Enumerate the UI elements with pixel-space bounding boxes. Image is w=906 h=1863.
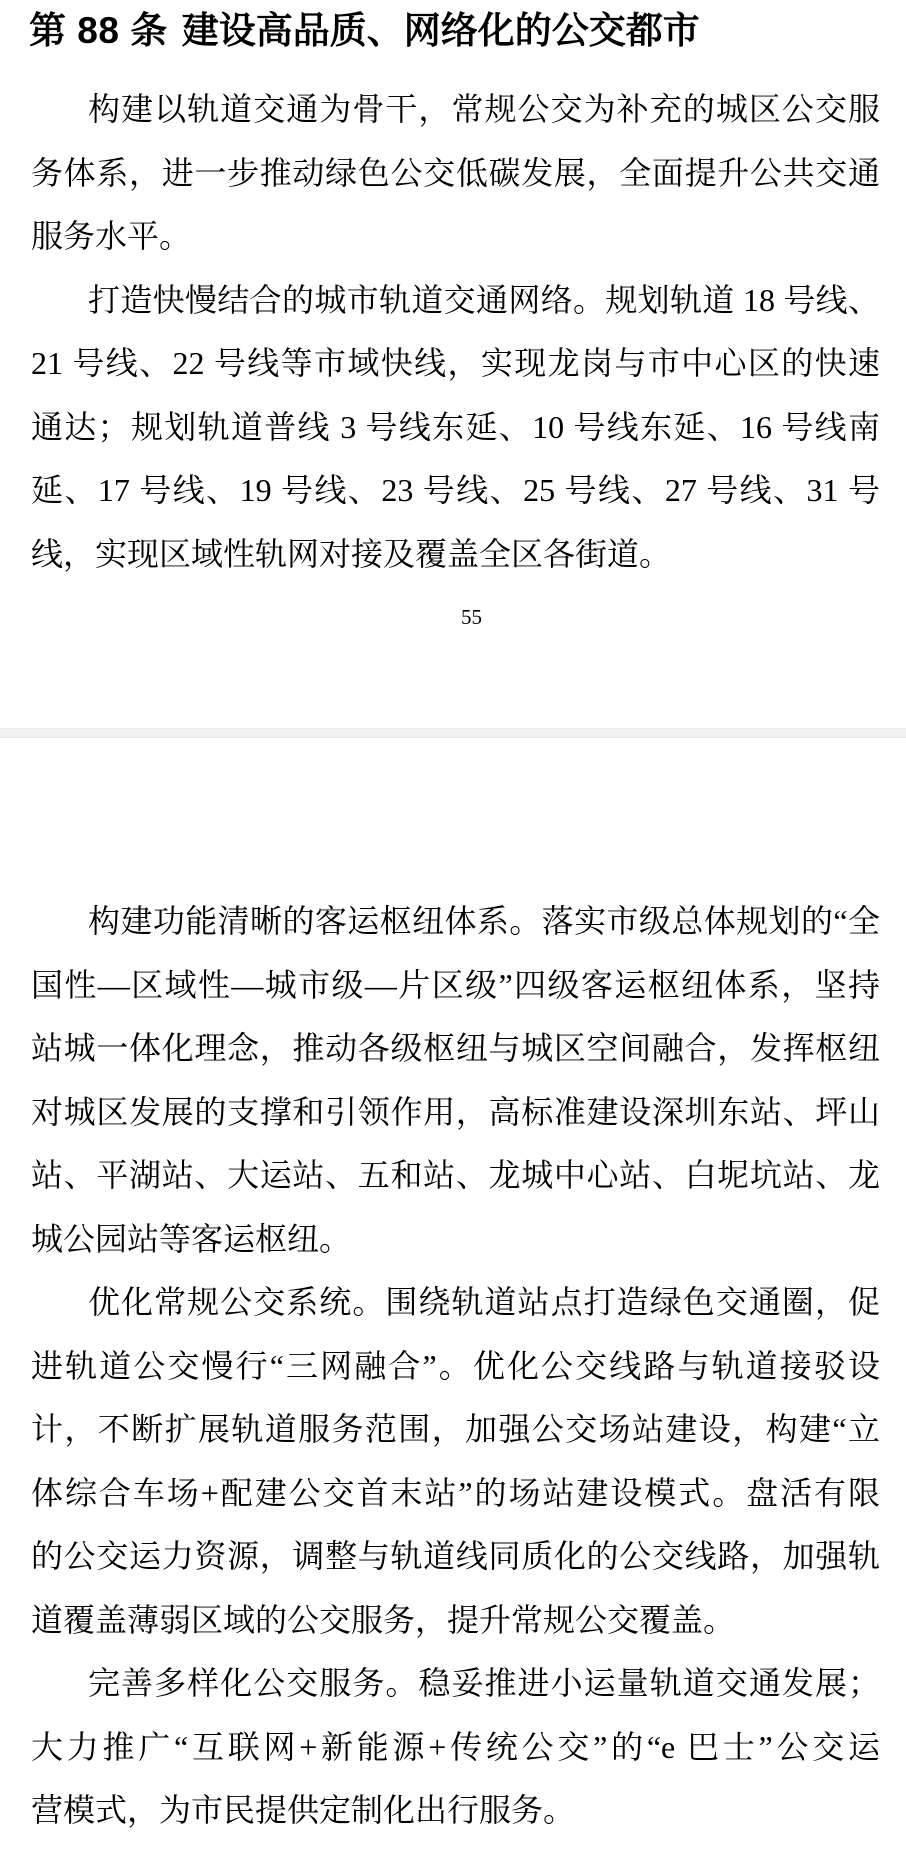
body-line: 延、17 号线、19 号线、23 号线、25 号线、27 号线、31 号	[31, 459, 880, 523]
body-line: 优化常规公交系统。围绕轨道站点打造绿色交通圈，促	[31, 1271, 880, 1335]
paragraph: 构建功能清晰的客运枢纽体系。落实市级总体规划的“全 国性—区域性—城市级—片区级…	[31, 890, 880, 1271]
paragraph: 完善多样化公交服务。稳妥推进小运量轨道交通发展； 大力推广“互联网+新能源+传统…	[31, 1652, 880, 1843]
page-56-body: 构建功能清晰的客运枢纽体系。落实市级总体规划的“全 国性—区域性—城市级—片区级…	[31, 890, 880, 1843]
body-line: 进轨道公交慢行“三网融合”。优化公交线路与轨道接驳设	[31, 1335, 880, 1399]
paragraph: 优化常规公交系统。围绕轨道站点打造绿色交通圈，促 进轨道公交慢行“三网融合”。优…	[31, 1271, 880, 1652]
body-line: 计，不断扩展轨道服务范围，加强公交场站建设，构建“立	[31, 1398, 880, 1462]
body-line: 站城一体化理念，推动各级枢纽与城区空间融合，发挥枢纽	[31, 1017, 880, 1081]
body-line: 通达；规划轨道普线 3 号线东延、10 号线东延、16 号线南	[31, 396, 880, 460]
body-line: 对城区发展的支撑和引领作用，高标准建设深圳东站、坪山	[31, 1081, 880, 1145]
body-line: 国性—区域性—城市级—片区级”四级客运枢纽体系，坚持	[31, 954, 880, 1018]
page-number: 55	[31, 586, 880, 650]
body-line: 服务水平。	[31, 205, 880, 269]
page-55-body: 构建以轨道交通为骨干，常规公交为补充的城区公交服 务体系，进一步推动绿色公交低碳…	[31, 78, 880, 650]
page-55: 第 88 条建设高品质、网络化的公交都市 构建以轨道交通为骨干，常规公交为补充的…	[0, 0, 906, 728]
body-line: 城公园站等客运枢纽。	[31, 1208, 880, 1272]
page-gap-divider	[0, 728, 906, 738]
document-viewer: 第 88 条建设高品质、网络化的公交都市 构建以轨道交通为骨干，常规公交为补充的…	[0, 0, 906, 1863]
paragraph: 打造快慢结合的城市轨道交通网络。规划轨道 18 号线、 21 号线、22 号线等…	[31, 269, 880, 587]
body-line: 线，实现区域性轨网对接及覆盖全区各街道。	[31, 523, 880, 587]
paragraph: 构建以轨道交通为骨干，常规公交为补充的城区公交服 务体系，进一步推动绿色公交低碳…	[31, 78, 880, 269]
body-line: 构建以轨道交通为骨干，常规公交为补充的城区公交服	[31, 78, 880, 142]
body-line: 道覆盖薄弱区域的公交服务，提升常规公交覆盖。	[31, 1589, 880, 1653]
body-line: 大力推广“互联网+新能源+传统公交”的“e 巴士”公交运	[31, 1716, 880, 1780]
body-line: 打造快慢结合的城市轨道交通网络。规划轨道 18 号线、	[31, 269, 880, 333]
body-line: 营模式，为市民提供定制化出行服务。	[31, 1779, 880, 1843]
article-heading: 第 88 条建设高品质、网络化的公交都市	[29, 6, 886, 56]
body-line: 站、平湖站、大运站、五和站、龙城中心站、白坭坑站、龙	[31, 1144, 880, 1208]
article-title: 建设高品质、网络化的公交都市	[182, 10, 700, 51]
body-line: 完善多样化公交服务。稳妥推进小运量轨道交通发展；	[31, 1652, 880, 1716]
body-line: 务体系，进一步推动绿色公交低碳发展，全面提升公共交通	[31, 142, 880, 206]
body-line: 21 号线、22 号线等市域快线，实现龙岗与市中心区的快速	[31, 332, 880, 396]
body-line: 的公交运力资源，调整与轨道线同质化的公交线路，加强轨	[31, 1525, 880, 1589]
body-line: 体综合车场+配建公交首末站”的场站建设模式。盘活有限	[31, 1462, 880, 1526]
body-line: 构建功能清晰的客运枢纽体系。落实市级总体规划的“全	[31, 890, 880, 954]
article-number: 第 88 条	[29, 10, 168, 51]
page-56: 构建功能清晰的客运枢纽体系。落实市级总体规划的“全 国性—区域性—城市级—片区级…	[0, 738, 906, 1863]
